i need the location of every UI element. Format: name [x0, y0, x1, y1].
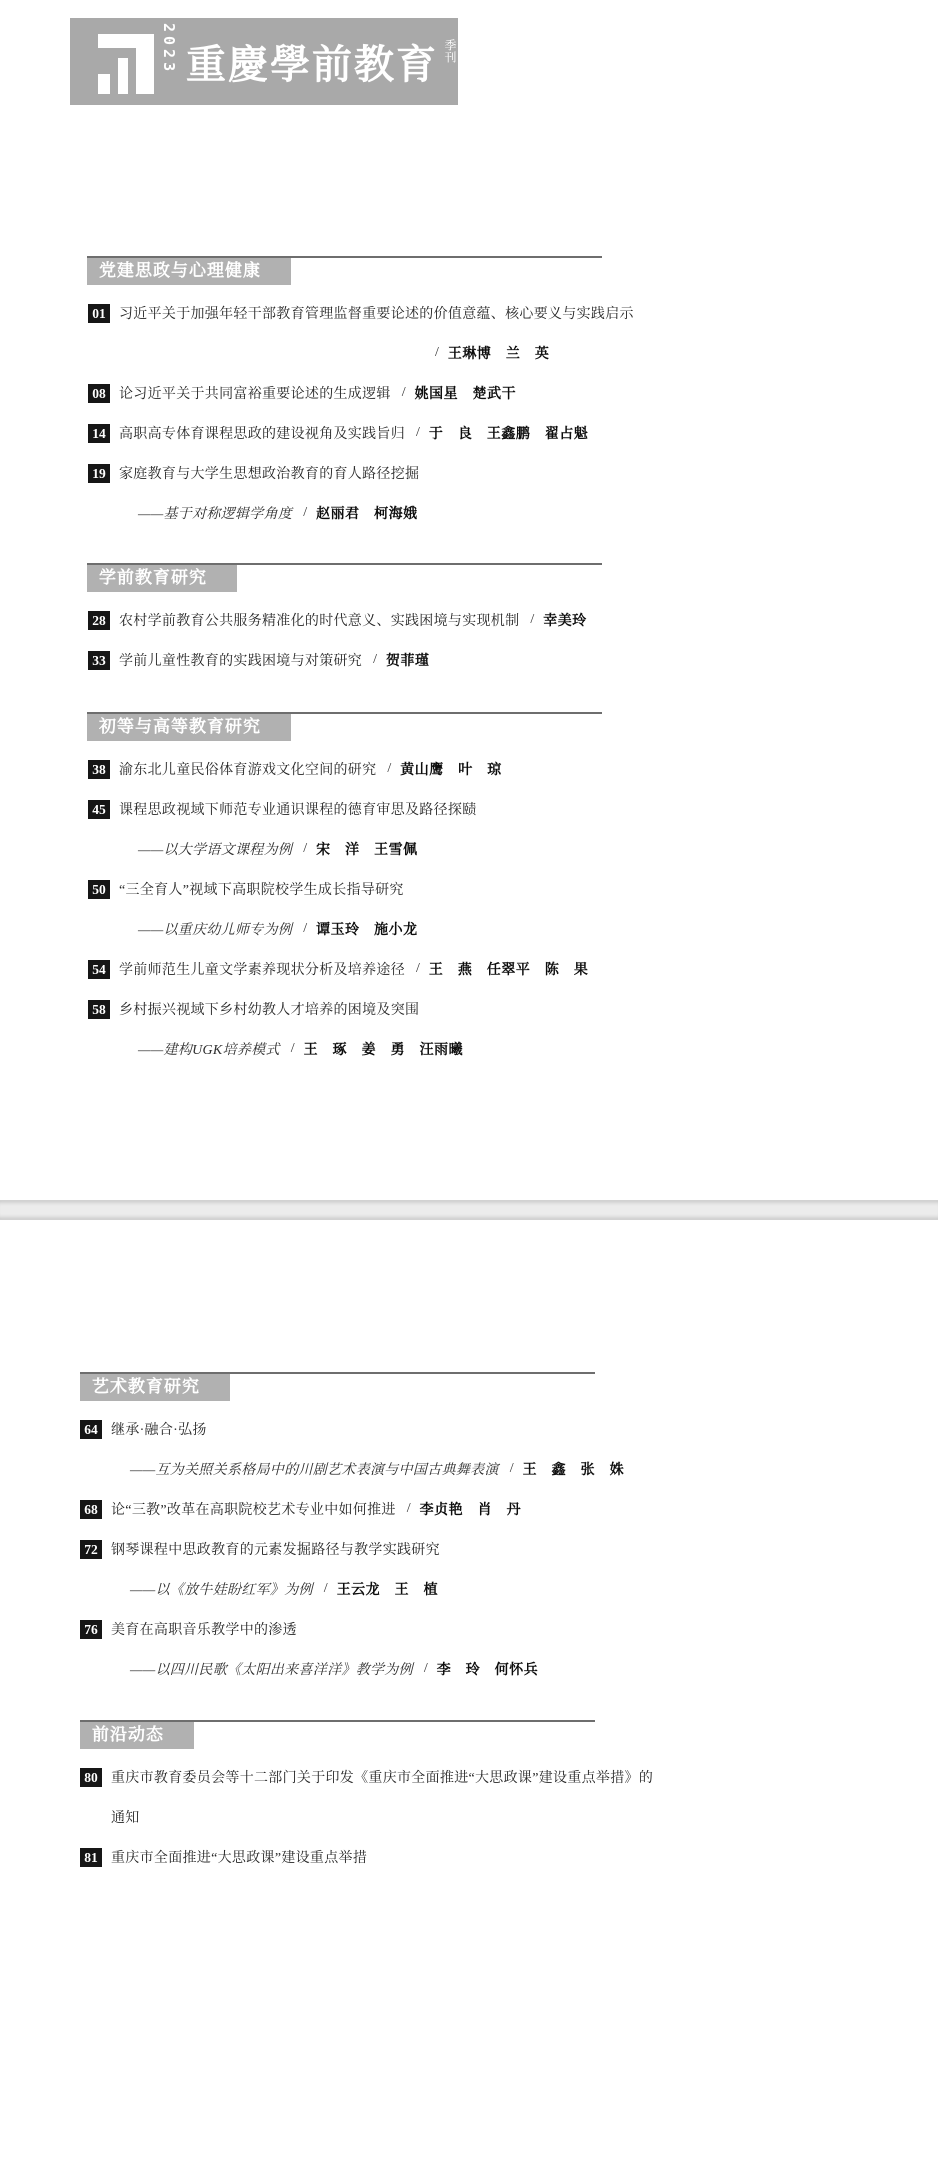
- section-title: 艺术教育研究: [80, 1374, 230, 1401]
- section-header: 学前教育研究: [87, 563, 602, 592]
- article-subtitle: ——以大学语文课程为例: [138, 839, 292, 859]
- toc-entry-row: 50 “三全育人”视域下高职院校学生成长指导研究: [88, 869, 938, 909]
- author-separator: /: [424, 1661, 428, 1677]
- article-title: 重庆市教育委员会等十二部门关于印发《重庆市全面推进“大思政课”建设重点举措》的: [111, 1767, 653, 1787]
- article-title: 高职高专体育课程思政的建设视角及实践旨归: [119, 423, 405, 443]
- toc-entry-row: 81 重庆市全面推进“大思政课”建设重点举措: [80, 1837, 938, 1877]
- journal-logo: 2023 重慶學前教育 季刊: [70, 18, 458, 105]
- page-number-badge: 72: [80, 1540, 102, 1559]
- article-title: “三全育人”视域下高职院校学生成长指导研究: [119, 879, 404, 899]
- page-separator: [0, 1200, 938, 1220]
- section-title: 学前教育研究: [87, 565, 237, 592]
- article-authors: 于 良 王鑫鹏 翟占魁: [429, 423, 589, 443]
- article-title: 习近平关于加强年轻干部教育管理监督重要论述的价值意蕴、核心要义与实践启示: [119, 303, 634, 323]
- toc-continuation-row: 通知: [80, 1797, 938, 1837]
- page-number-badge: 68: [80, 1500, 102, 1519]
- article-title: 重庆市全面推进“大思政课”建设重点举措: [111, 1847, 367, 1867]
- article-authors: 王 燕 任翠平 陈 果: [429, 959, 589, 979]
- logo-year: 2023: [160, 23, 178, 101]
- article-title: 论习近平关于共同富裕重要论述的生成逻辑: [119, 383, 391, 403]
- page-number-badge: 38: [88, 760, 110, 779]
- page-number-badge: 81: [80, 1848, 102, 1867]
- page-number-badge: 08: [88, 384, 110, 403]
- toc-subtitle-row: ——以四川民歌《太阳出来喜洋洋》教学为例 / 李 玲 何怀兵: [80, 1649, 938, 1689]
- article-authors: 王 琢 姜 勇 汪雨曦: [304, 1039, 464, 1059]
- toc-entry-row: 14 高职高专体育课程思政的建设视角及实践旨归 / 于 良 王鑫鹏 翟占魁: [88, 413, 938, 453]
- article-title: 渝东北儿童民俗体育游戏文化空间的研究: [119, 759, 376, 779]
- page-number-badge: 14: [88, 424, 110, 443]
- page-number-badge: 19: [88, 464, 110, 483]
- author-separator: /: [407, 1501, 411, 1517]
- article-authors: 李贞艳 肖 丹: [420, 1499, 522, 1519]
- author-separator: /: [530, 612, 534, 628]
- article-subtitle: ——以四川民歌《太阳出来喜洋洋》教学为例: [130, 1659, 413, 1679]
- author-separator: /: [402, 385, 406, 401]
- section-header: 前沿动态: [80, 1720, 595, 1749]
- toc-page-2: 艺术教育研究 64 继承·融合·弘扬 ——互为关照关系格局中的川剧艺术表演与中国…: [0, 1372, 938, 1877]
- section-header: 党建思政与心理健康: [87, 256, 602, 285]
- toc-entry-row: 28 农村学前教育公共服务精准化的时代意义、实践困境与实现机制 / 幸美玲: [88, 600, 938, 640]
- article-title-continuation: 通知: [111, 1807, 140, 1827]
- article-title: 学前儿童性教育的实践困境与对策研究: [119, 650, 362, 670]
- author-separator: /: [435, 345, 439, 361]
- author-separator: /: [303, 505, 307, 521]
- page-number-badge: 76: [80, 1620, 102, 1639]
- journal-edition: 季刊: [443, 39, 456, 99]
- article-authors: 黄山鹰 叶 琼: [400, 759, 502, 779]
- page-number-badge: 01: [88, 304, 110, 323]
- article-authors: 宋 洋 王雪佩: [316, 839, 418, 859]
- article-subtitle: ——互为关照关系格局中的川剧艺术表演与中国古典舞表演: [130, 1459, 499, 1479]
- toc-entry-row: 54 学前师范生儿童文学素养现状分析及培养途径 / 王 燕 任翠平 陈 果: [88, 949, 938, 989]
- toc-entry-row: 19 家庭教育与大学生思想政治教育的育人路径挖掘: [88, 453, 938, 493]
- toc-entry-row: 01 习近平关于加强年轻干部教育管理监督重要论述的价值意蕴、核心要义与实践启示: [88, 293, 938, 333]
- page-number-badge: 80: [80, 1768, 102, 1787]
- toc-subtitle-row: ——互为关照关系格局中的川剧艺术表演与中国古典舞表演 / 王 鑫 张 姝: [80, 1449, 938, 1489]
- article-authors: 姚国星 楚武干: [415, 383, 517, 403]
- article-subtitle: ——以重庆幼儿师专为例: [138, 919, 292, 939]
- article-authors: 王琳博 兰 英: [448, 343, 550, 363]
- toc-subtitle-row: ——以大学语文课程为例 / 宋 洋 王雪佩: [88, 829, 938, 869]
- toc-subtitle-row: ——以重庆幼儿师专为例 / 谭玉玲 施小龙: [88, 909, 938, 949]
- toc-entry-row: 33 学前儿童性教育的实践困境与对策研究 / 贺菲瑾: [88, 640, 938, 680]
- article-authors: 谭玉玲 施小龙: [316, 919, 418, 939]
- page-number-badge: 58: [88, 1000, 110, 1019]
- toc-entry-row: 64 继承·融合·弘扬: [80, 1409, 938, 1449]
- article-title: 钢琴课程中思政教育的元素发掘路径与教学实践研究: [111, 1539, 440, 1559]
- toc-subtitle-row: ——建构UGK培养模式 / 王 琢 姜 勇 汪雨曦: [88, 1029, 938, 1069]
- toc-page-1: 党建思政与心理健康 01 习近平关于加强年轻干部教育管理监督重要论述的价值意蕴、…: [0, 256, 938, 1069]
- article-authors: 王云龙 王 植: [337, 1579, 439, 1599]
- section-title: 初等与高等教育研究: [87, 714, 291, 741]
- article-title: 学前师范生儿童文学素养现状分析及培养途径: [119, 959, 405, 979]
- article-authors: 王 鑫 张 姝: [523, 1459, 625, 1479]
- toc-entry-row: 80 重庆市教育委员会等十二部门关于印发《重庆市全面推进“大思政课”建设重点举措…: [80, 1757, 938, 1797]
- article-subtitle: ——建构UGK培养模式: [138, 1039, 280, 1059]
- author-separator: /: [416, 425, 420, 441]
- article-title: 美育在高职音乐教学中的渗透: [111, 1619, 297, 1639]
- author-separator: /: [291, 1041, 295, 1057]
- toc-entry-row: 68 论“三教”改革在高职院校艺术专业中如何推进 / 李贞艳 肖 丹: [80, 1489, 938, 1529]
- section-title: 前沿动态: [80, 1722, 194, 1749]
- toc-entry-row: 08 论习近平关于共同富裕重要论述的生成逻辑 / 姚国星 楚武干: [88, 373, 938, 413]
- section-header: 艺术教育研究: [80, 1372, 595, 1401]
- section-header: 初等与高等教育研究: [87, 712, 602, 741]
- article-authors: 幸美玲: [543, 610, 587, 630]
- article-title: 乡村振兴视域下乡村幼教人才培养的困境及突围: [119, 999, 419, 1019]
- section-title: 党建思政与心理健康: [87, 258, 291, 285]
- article-authors: 赵丽君 柯海娥: [316, 503, 418, 523]
- toc-entry-row: 38 渝东北儿童民俗体育游戏文化空间的研究 / 黄山鹰 叶 琼: [88, 749, 938, 789]
- journal-title: 重慶學前教育: [186, 33, 438, 90]
- author-separator: /: [303, 921, 307, 937]
- author-separator: /: [303, 841, 307, 857]
- article-title: 论“三教”改革在高职院校艺术专业中如何推进: [111, 1499, 396, 1519]
- article-title: 课程思政视域下师范专业通识课程的德育审思及路径探赜: [119, 799, 477, 819]
- article-subtitle: ——以《放牛娃盼红军》为例: [130, 1579, 313, 1599]
- article-subtitle: ——基于对称逻辑学角度: [138, 503, 292, 523]
- author-separator: /: [416, 961, 420, 977]
- logo-mark-icon: [98, 30, 154, 94]
- toc-subtitle-row: ——基于对称逻辑学角度 / 赵丽君 柯海娥: [88, 493, 938, 533]
- author-separator: /: [387, 761, 391, 777]
- page-number-badge: 33: [88, 651, 110, 670]
- article-title: 继承·融合·弘扬: [111, 1419, 207, 1439]
- page-number-badge: 54: [88, 960, 110, 979]
- toc-subtitle-row: ——以《放牛娃盼红军》为例 / 王云龙 王 植: [80, 1569, 938, 1609]
- page-number-badge: 45: [88, 800, 110, 819]
- toc-entry-row: 58 乡村振兴视域下乡村幼教人才培养的困境及突围: [88, 989, 938, 1029]
- article-authors: 李 玲 何怀兵: [437, 1659, 539, 1679]
- toc-entry-row: 76 美育在高职音乐教学中的渗透: [80, 1609, 938, 1649]
- article-title: 农村学前教育公共服务精准化的时代意义、实践困境与实现机制: [119, 610, 519, 630]
- article-title: 家庭教育与大学生思想政治教育的育人路径挖掘: [119, 463, 419, 483]
- toc-entry-row: 45 课程思政视域下师范专业通识课程的德育审思及路径探赜: [88, 789, 938, 829]
- toc-entry-row: 72 钢琴课程中思政教育的元素发掘路径与教学实践研究: [80, 1529, 938, 1569]
- toc-authors-row: / 王琳博 兰 英: [424, 333, 938, 373]
- author-separator: /: [510, 1461, 514, 1477]
- author-separator: /: [324, 1581, 328, 1597]
- author-separator: /: [373, 652, 377, 668]
- page-number-badge: 64: [80, 1420, 102, 1439]
- page-number-badge: 50: [88, 880, 110, 899]
- article-authors: 贺菲瑾: [386, 650, 430, 670]
- page-number-badge: 28: [88, 611, 110, 630]
